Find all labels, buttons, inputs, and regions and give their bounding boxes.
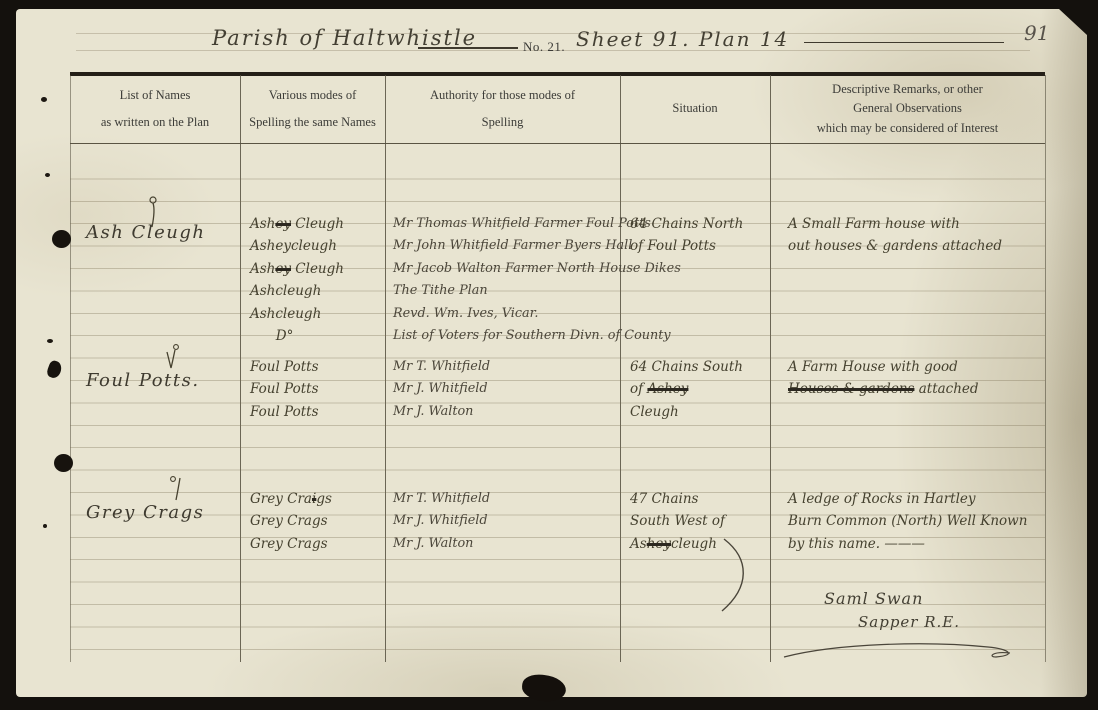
handwritten-line: Mr J. Walton xyxy=(393,401,619,423)
authorities-cell: Mr T. WhitfieldMr J. WhitfieldMr J. Walt… xyxy=(393,356,619,423)
remarks-cell: A ledge of Rocks in HartleyBurn Common (… xyxy=(788,488,1044,555)
surveyor-rank: Sapper R.E. xyxy=(858,613,960,631)
handwritten-text: attached xyxy=(914,381,978,397)
handwritten-line: A Small Farm house with xyxy=(788,213,1044,235)
spellings-cell: Grey CraigsGrey CragsGrey Crags xyxy=(250,488,382,555)
handwritten-text: South West of xyxy=(630,513,725,529)
situation-cell: 64 Chains Northof Foul Potts xyxy=(630,213,770,258)
handwritten-line: 64 Chains North xyxy=(630,213,770,235)
handwritten-line: D° xyxy=(250,325,382,347)
handwritten-line: Houses & gardens attached xyxy=(788,378,1044,400)
table-vertical-line xyxy=(770,75,771,662)
handwritten-text: Asheycleugh xyxy=(250,238,337,254)
handwritten-line: List of Voters for Southern Divn. of Cou… xyxy=(393,325,619,347)
table-vertical-line xyxy=(620,75,621,662)
handwritten-line: The Tithe Plan xyxy=(393,280,619,302)
handwritten-text: Mr T. Whitfield xyxy=(393,491,490,506)
handwritten-line: South West of xyxy=(630,510,770,532)
spellings-cell: Ashey CleughAsheycleughAshey CleughAshcl… xyxy=(250,213,382,347)
pen-dash xyxy=(804,42,1004,43)
handwritten-text: A ledge of Rocks in Hartley xyxy=(788,491,976,507)
handwritten-text: Cleugh xyxy=(630,404,679,420)
column-header-situation: Situation xyxy=(620,75,770,143)
annotation-pin-mark xyxy=(168,472,184,502)
handwritten-line: Ashcleugh xyxy=(250,280,382,302)
signature-flourish xyxy=(778,639,1028,665)
handwritten-text: Mr J. Walton xyxy=(393,404,473,419)
handwritten-text: Mr J. Walton xyxy=(393,536,473,551)
handwritten-line: Mr John Whitfield Farmer Byers Hall xyxy=(393,235,619,257)
handwritten-text: Foul Potts xyxy=(250,381,319,397)
surveyor-signature: Saml Swan xyxy=(824,589,923,608)
struck-text: ey xyxy=(275,261,291,277)
handwritten-text: Ash xyxy=(250,261,275,277)
annotation-pin-mark xyxy=(164,342,180,372)
handwritten-text: cleugh xyxy=(671,536,717,552)
handwritten-line: Mr T. Whitfield xyxy=(393,356,619,378)
ink-blot xyxy=(45,359,63,379)
handwritten-text: gs xyxy=(316,491,332,507)
handwritten-line: Mr T. Whitfield xyxy=(393,488,619,510)
spellings-cell: Foul PottsFoul PottsFoul Potts xyxy=(250,356,382,423)
handwritten-text: Mr J. Whitfield xyxy=(393,513,488,528)
handwritten-text: Mr J. Whitfield xyxy=(393,381,488,396)
handwritten-text: Mr T. Whitfield xyxy=(393,359,490,374)
remarks-cell: A Farm House with goodHouses & gardens a… xyxy=(788,356,1044,401)
place-name: Ash Cleugh xyxy=(86,222,236,243)
handwritten-line: Cleugh xyxy=(630,401,770,423)
paper-speck xyxy=(41,97,47,102)
handwritten-text: Grey Crags xyxy=(250,513,328,529)
paper-speck xyxy=(45,173,50,177)
handwritten-text: As xyxy=(630,536,647,552)
handwritten-line: Mr J. Walton xyxy=(393,533,619,555)
handwritten-line: Grey Crags xyxy=(250,533,382,555)
handwritten-text: Grey Cra xyxy=(250,491,312,507)
handwritten-line: 64 Chains South xyxy=(630,356,770,378)
column-header-remarks: Descriptive Remarks, or other General Ob… xyxy=(770,75,1045,143)
remarks-cell: A Small Farm house without houses & gard… xyxy=(788,213,1044,258)
handwritten-text: 64 Chains North xyxy=(630,216,743,232)
handwritten-line: Ashcleugh xyxy=(250,303,382,325)
paper-speck xyxy=(47,339,53,343)
column-header-authority: Authority for those modes of Spelling xyxy=(385,75,620,143)
punch-hole xyxy=(52,230,71,248)
handwritten-text: Burn Common (North) Well Known xyxy=(788,513,1027,529)
handwritten-text: Foul Potts xyxy=(250,404,319,420)
handwritten-line: out houses & gardens attached xyxy=(788,235,1044,257)
handwritten-text: Revd. Wm. Ives, Vicar. xyxy=(393,306,538,321)
handwritten-text: D° xyxy=(250,328,293,344)
pen-flourish xyxy=(720,537,754,615)
sheet-plan-label: Sheet 91. Plan 14 xyxy=(576,27,789,51)
handwritten-line: by this name. ——— xyxy=(788,533,1044,555)
page-number-label: No. 21. xyxy=(523,39,565,55)
handwritten-text: Ashcleugh xyxy=(250,283,321,299)
table-header-divider xyxy=(70,143,1045,144)
handwritten-text: Ash xyxy=(250,216,275,232)
scanned-document-page: { "page": { "corner_number": "91", "head… xyxy=(0,0,1098,710)
handwritten-text: A Farm House with good xyxy=(788,359,958,375)
handwritten-text: Ashcleugh xyxy=(250,306,321,322)
handwritten-text: of Foul Potts xyxy=(630,238,716,254)
authorities-cell: Mr T. WhitfieldMr J. WhitfieldMr J. Walt… xyxy=(393,488,619,555)
ink-blot xyxy=(521,673,567,703)
handwritten-line: Foul Potts xyxy=(250,378,382,400)
handwritten-line: Ashey Cleugh xyxy=(250,258,382,280)
corner-page-number: 91 xyxy=(1024,21,1049,45)
table-vertical-line xyxy=(70,75,71,662)
handwritten-line: Mr Jacob Walton Farmer North House Dikes xyxy=(393,258,619,280)
table-vertical-line xyxy=(385,75,386,662)
handwritten-line: Ashey Cleugh xyxy=(250,213,382,235)
paper-speck xyxy=(43,524,47,528)
handwritten-text: Cleugh xyxy=(291,261,344,277)
handwritten-line: Grey Craigs xyxy=(250,488,382,510)
parish-title: Parish of Haltwhistle xyxy=(212,26,477,50)
handwritten-text: by this name. ——— xyxy=(788,536,925,552)
handwritten-line: Foul Potts xyxy=(250,356,382,378)
handwritten-line: Burn Common (North) Well Known xyxy=(788,510,1044,532)
handwritten-line: Mr J. Whitfield xyxy=(393,378,619,400)
handwritten-text: out houses & gardens attached xyxy=(788,238,1002,254)
handwritten-line: Mr Thomas Whitfield Farmer Foul Potts xyxy=(393,213,619,235)
handwritten-text: of xyxy=(630,381,647,397)
page-edge-shadow xyxy=(1041,9,1087,697)
handwritten-text: List of Voters for Southern Divn. of Cou… xyxy=(393,328,671,343)
handwritten-line: of Ashey xyxy=(630,378,770,400)
handwritten-text: Foul Potts xyxy=(250,359,319,375)
handwritten-line: A Farm House with good xyxy=(788,356,1044,378)
struck-text: ey xyxy=(275,216,291,232)
clipped-corner xyxy=(1059,9,1087,35)
handwritten-line: 47 Chains xyxy=(630,488,770,510)
authorities-cell: Mr Thomas Whitfield Farmer Foul PottsMr … xyxy=(393,213,619,347)
handwritten-text: Cleugh xyxy=(291,216,344,232)
handwritten-line: Foul Potts xyxy=(250,401,382,423)
handwritten-text: Mr John Whitfield Farmer Byers Hall xyxy=(393,238,632,253)
handwritten-line: of Foul Potts xyxy=(630,235,770,257)
column-header-spelling-modes: Various modes of Spelling the same Names xyxy=(240,75,385,143)
handwritten-text: 64 Chains South xyxy=(630,359,743,375)
table-vertical-line xyxy=(1045,75,1046,662)
place-name: Foul Potts. xyxy=(86,370,236,391)
handwritten-text: The Tithe Plan xyxy=(393,283,488,298)
handwritten-text: Mr Thomas Whitfield Farmer Foul Potts xyxy=(393,216,651,231)
handwritten-text: 47 Chains xyxy=(630,491,698,507)
handwritten-text: Mr Jacob Walton Farmer North House Dikes xyxy=(393,261,681,276)
handwritten-line: Grey Crags xyxy=(250,510,382,532)
struck-text: Ashey xyxy=(647,381,688,397)
handwritten-text: Grey Crags xyxy=(250,536,328,552)
situation-cell: 64 Chains Southof AsheyCleugh xyxy=(630,356,770,423)
handwritten-line: A ledge of Rocks in Hartley xyxy=(788,488,1044,510)
handwritten-line: Mr J. Whitfield xyxy=(393,510,619,532)
handwritten-line: Revd. Wm. Ives, Vicar. xyxy=(393,303,619,325)
name-book-page: Parish of Haltwhistle No. 21. Sheet 91. … xyxy=(16,9,1087,697)
handwritten-line: Asheycleugh xyxy=(250,235,382,257)
table-vertical-line xyxy=(240,75,241,662)
struck-text: hey xyxy=(647,536,671,552)
struck-text: Houses & gardens xyxy=(788,381,914,397)
place-name: Grey Crags xyxy=(86,502,236,523)
column-header-names: List of Names as written on the Plan xyxy=(70,75,240,143)
handwritten-text: A Small Farm house with xyxy=(788,216,960,232)
punch-hole xyxy=(54,454,73,472)
